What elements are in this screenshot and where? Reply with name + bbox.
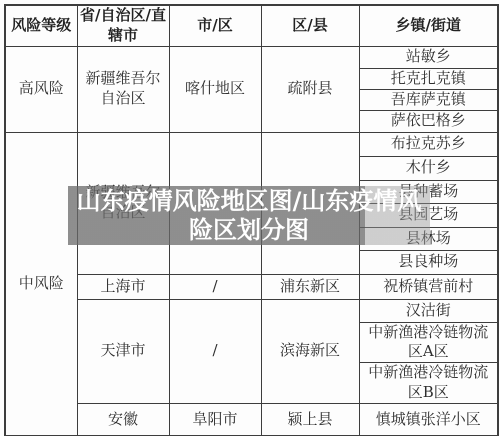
watermark-title: 山东疫情风险地区图/山东疫情风险区划分图	[68, 187, 430, 245]
risk-level-cell-medium: 中风险	[5, 132, 77, 436]
screenshot-root: 风险等级 省/自治区/直辖市 市/区 区/县 乡镇/街道 高风险 新疆维吾尔自治…	[0, 0, 500, 436]
township-cell: 托克扎克镇	[359, 68, 498, 89]
province-cell: 天津市	[77, 299, 169, 403]
table-row: 中风险 新疆维吾尔自治区 布拉克苏乡	[5, 132, 498, 156]
header-city: 市/区	[169, 5, 261, 46]
city-cell: 阜阳市	[169, 403, 261, 436]
city-cell: 喀什地区	[169, 46, 261, 132]
table-row: 安徽 阜阳市 颍上县 慎城镇张洋小区	[5, 403, 498, 436]
header-township: 乡镇/街道	[359, 5, 498, 46]
header-county: 区/县	[261, 5, 359, 46]
county-cell: 疏附县	[261, 46, 359, 132]
township-cell: 中新渔港冷链物流区A区	[359, 322, 498, 363]
city-cell: /	[169, 299, 261, 403]
province-cell: 安徽	[77, 403, 169, 436]
township-cell: 祝桥镇营前村	[359, 274, 498, 299]
township-cell: 布拉克苏乡	[359, 132, 498, 156]
header-province: 省/自治区/直辖市	[77, 5, 169, 46]
watermark-overlay: 山东疫情风险地区图/山东疫情风险区划分图	[68, 186, 430, 245]
province-cell: 上海市	[77, 274, 169, 299]
township-cell: 萨依巴格乡	[359, 110, 498, 132]
province-cell: 新疆维吾尔自治区	[77, 46, 169, 132]
table-row: 高风险 新疆维吾尔自治区 喀什地区 疏附县 站敏乡	[5, 46, 498, 68]
township-cell: 中新渔港冷链物流区B区	[359, 363, 498, 404]
table-row: 天津市 / 滨海新区 汉沽街	[5, 299, 498, 322]
header-risk-level: 风险等级	[5, 5, 77, 46]
township-cell: 木什乡	[359, 156, 498, 180]
township-cell: 汉沽街	[359, 299, 498, 322]
township-cell: 慎城镇张洋小区	[359, 403, 498, 436]
county-cell: 浦东新区	[261, 274, 359, 299]
table-row: 上海市 / 浦东新区 祝桥镇营前村	[5, 274, 498, 299]
county-cell: 滨海新区	[261, 299, 359, 403]
risk-level-cell-high: 高风险	[5, 46, 77, 132]
township-cell: 吾库萨克镇	[359, 89, 498, 110]
township-cell: 县良种场	[359, 250, 498, 274]
county-cell: 颍上县	[261, 403, 359, 436]
township-cell: 站敏乡	[359, 46, 498, 68]
city-cell: /	[169, 274, 261, 299]
header-row: 风险等级 省/自治区/直辖市 市/区 区/县 乡镇/街道	[5, 5, 498, 46]
